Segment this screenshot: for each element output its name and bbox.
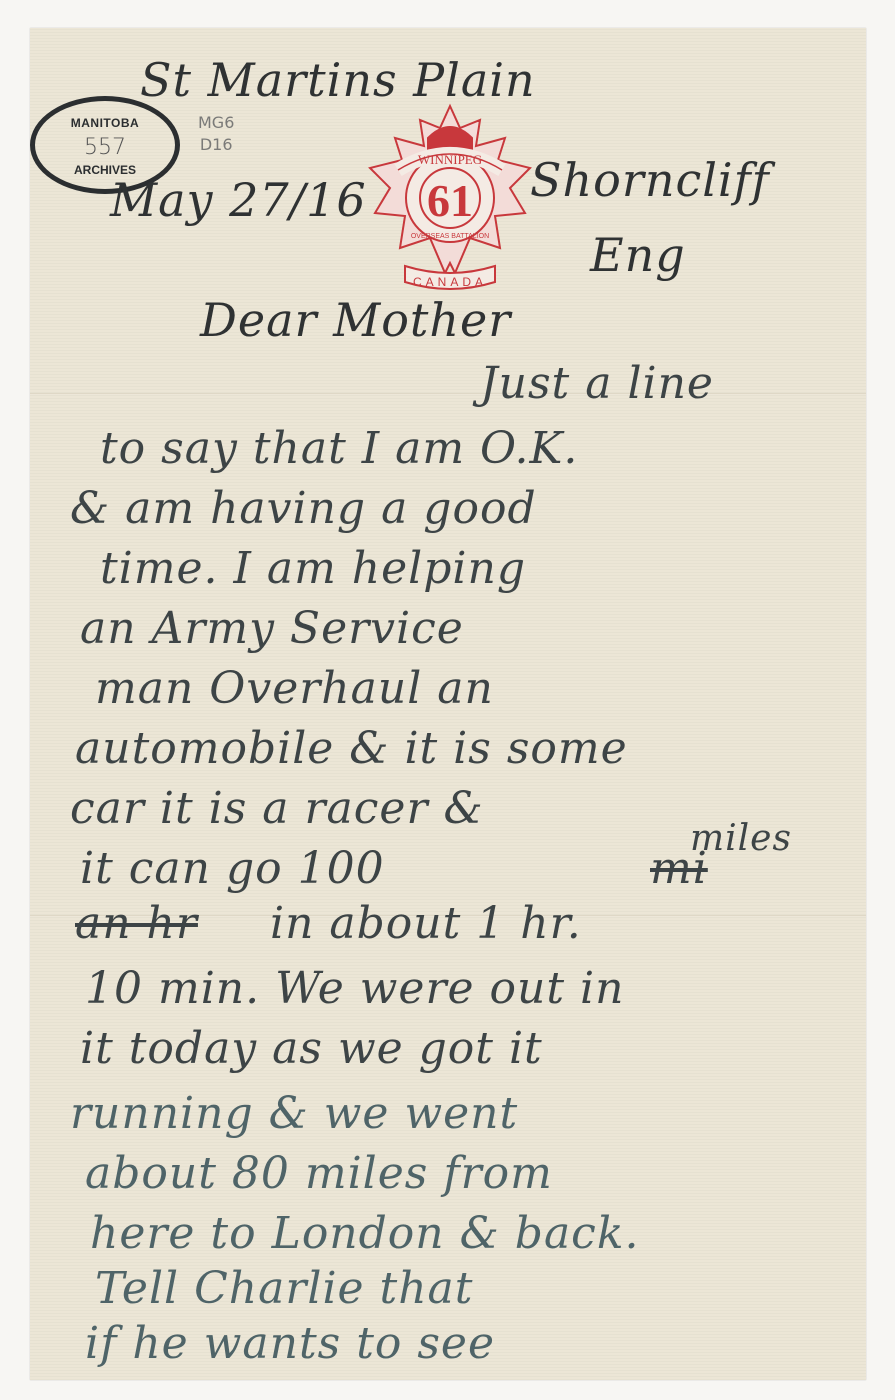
body-line: it today as we got it [80,1023,543,1074]
svg-text:WINNIPEG: WINNIPEG [418,152,482,167]
body-line: about 80 miles from [85,1148,553,1199]
salutation: Dear Mother [200,293,511,347]
body-line: here to London & back. [90,1208,639,1259]
struck-word: mi [650,843,708,894]
address-line-2: Shorncliff [530,153,770,207]
body-line: an Army Service [80,603,464,654]
body-line: car it is a racer & [70,783,484,834]
stamp-top-text: MANITOBA [35,116,175,130]
address-line-1: St Martins Plain [140,53,536,107]
battalion-crest-icon: WINNIPEG 61 OVERSEAS BATTALION CANADA [360,98,540,298]
body-line: time. I am helping [100,543,526,594]
body-line: it can go 100 [80,843,385,894]
body-line: running & we went [70,1088,518,1139]
body-line: in about 1 hr. [270,898,582,949]
struck-word: an hr [75,898,198,949]
svg-text:OVERSEAS BATTALION: OVERSEAS BATTALION [411,233,489,240]
archive-reference: MG6 D16 [198,112,234,156]
body-line: & am having a good [70,483,537,534]
letter-date: May 27/16 [110,173,367,227]
body-line: man Overhaul an [95,663,494,714]
svg-text:CANADA: CANADA [413,275,487,289]
body-line: if he wants to see [85,1318,495,1369]
archive-ref-line1: MG6 [198,112,234,134]
body-line: to say that I am O.K. [100,423,578,474]
stamp-number: 557 [35,135,175,160]
body-line: 10 min. We were out in [85,963,624,1014]
svg-text:61: 61 [427,175,473,226]
address-line-3: Eng [590,228,686,282]
body-line: Just a line [480,358,714,409]
body-line: Tell Charlie that [95,1263,473,1314]
fold-line [30,393,866,395]
body-line: automobile & it is some [75,723,628,774]
letter-page: MANITOBA 557 ARCHIVES MG6 D16 WINNIPEG 6… [30,28,866,1380]
archive-ref-line2: D16 [198,134,234,156]
